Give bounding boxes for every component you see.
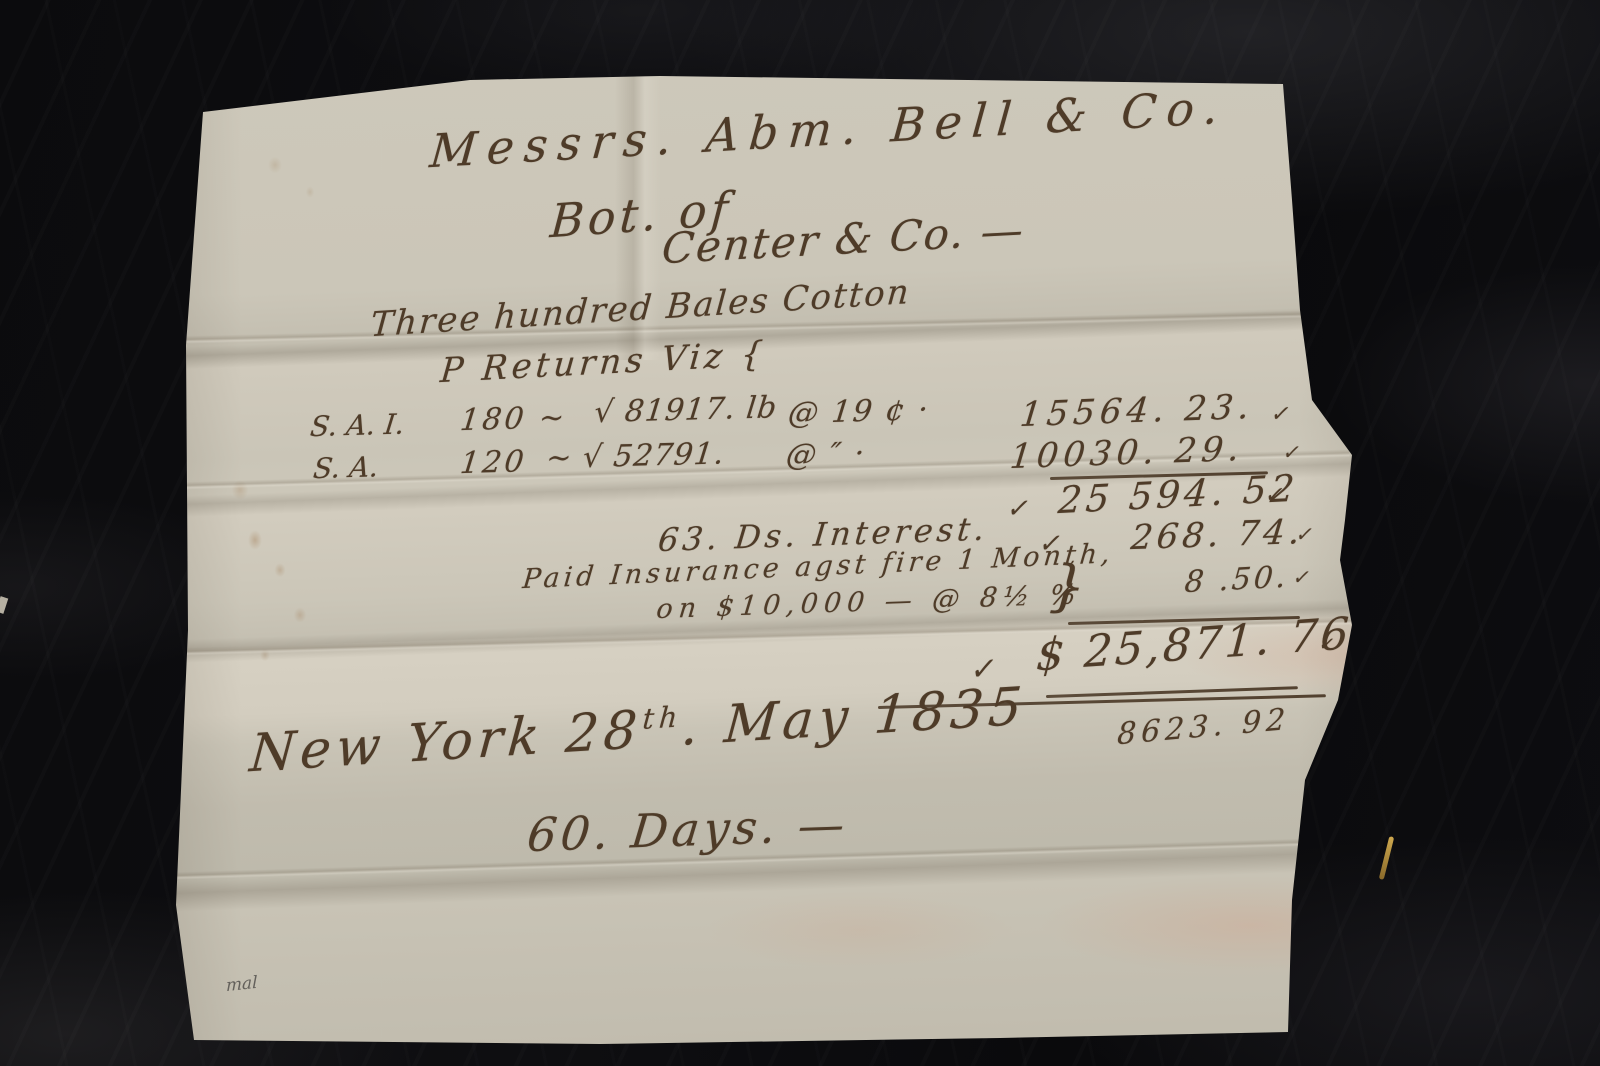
addressee-line: Messrs. Abm. Bell & Co.	[428, 83, 1230, 174]
check-icon: ✓	[1318, 636, 1333, 654]
item-weight: ~ √ 52791.	[545, 439, 727, 474]
check-icon: ✓	[1292, 567, 1309, 587]
pencil-note: mal	[226, 975, 258, 995]
check-icon: ✓	[1282, 442, 1299, 462]
check-icon: ✓	[1295, 524, 1312, 544]
photograph-stage: Messrs. Abm. Bell & Co. Bot. of Center &…	[0, 0, 1600, 1066]
item-quantity: 180 ~	[459, 403, 569, 436]
terms-line: 60. Days. —	[525, 801, 851, 858]
insurance-amount: 8 .50.	[1183, 563, 1289, 599]
check-icon: ✓	[1264, 485, 1282, 507]
interest-amount: 268. 74.	[1129, 515, 1305, 555]
item-amount: 10030. 29.	[1008, 432, 1245, 474]
item-weight: √ 81917. lb	[593, 393, 779, 428]
item-mark: S. A. I.	[309, 411, 406, 442]
item-mark: S. A.	[312, 453, 380, 483]
dateline-superscript: th	[641, 699, 684, 736]
item-rate: @ ″ ·	[785, 439, 868, 471]
dateline: New York 28th. May 1835	[248, 681, 1029, 781]
insurance-brace: }	[1048, 558, 1087, 616]
cargo-line: Three hundred Bales Cotton	[369, 275, 912, 342]
check-icon: ✓	[1006, 496, 1028, 522]
handwriting-layer: Messrs. Abm. Bell & Co. Bot. of Center &…	[0, 0, 1600, 1066]
dateline-prefix: New York 28	[248, 700, 645, 784]
returns-line: P Returns Viz {	[439, 337, 768, 388]
item-quantity: 120	[459, 447, 529, 479]
item-amount: 15564. 23.	[1018, 390, 1255, 432]
item-rate: @ 19 ¢ ·	[787, 395, 932, 429]
insurance-line-2: on $10,000 — @ 8½ %	[655, 581, 1083, 623]
dateline-suffix: . May 1835	[679, 676, 1029, 757]
check-icon: ✓	[1270, 404, 1288, 426]
memo-amount: 8623. 92	[1116, 705, 1291, 750]
